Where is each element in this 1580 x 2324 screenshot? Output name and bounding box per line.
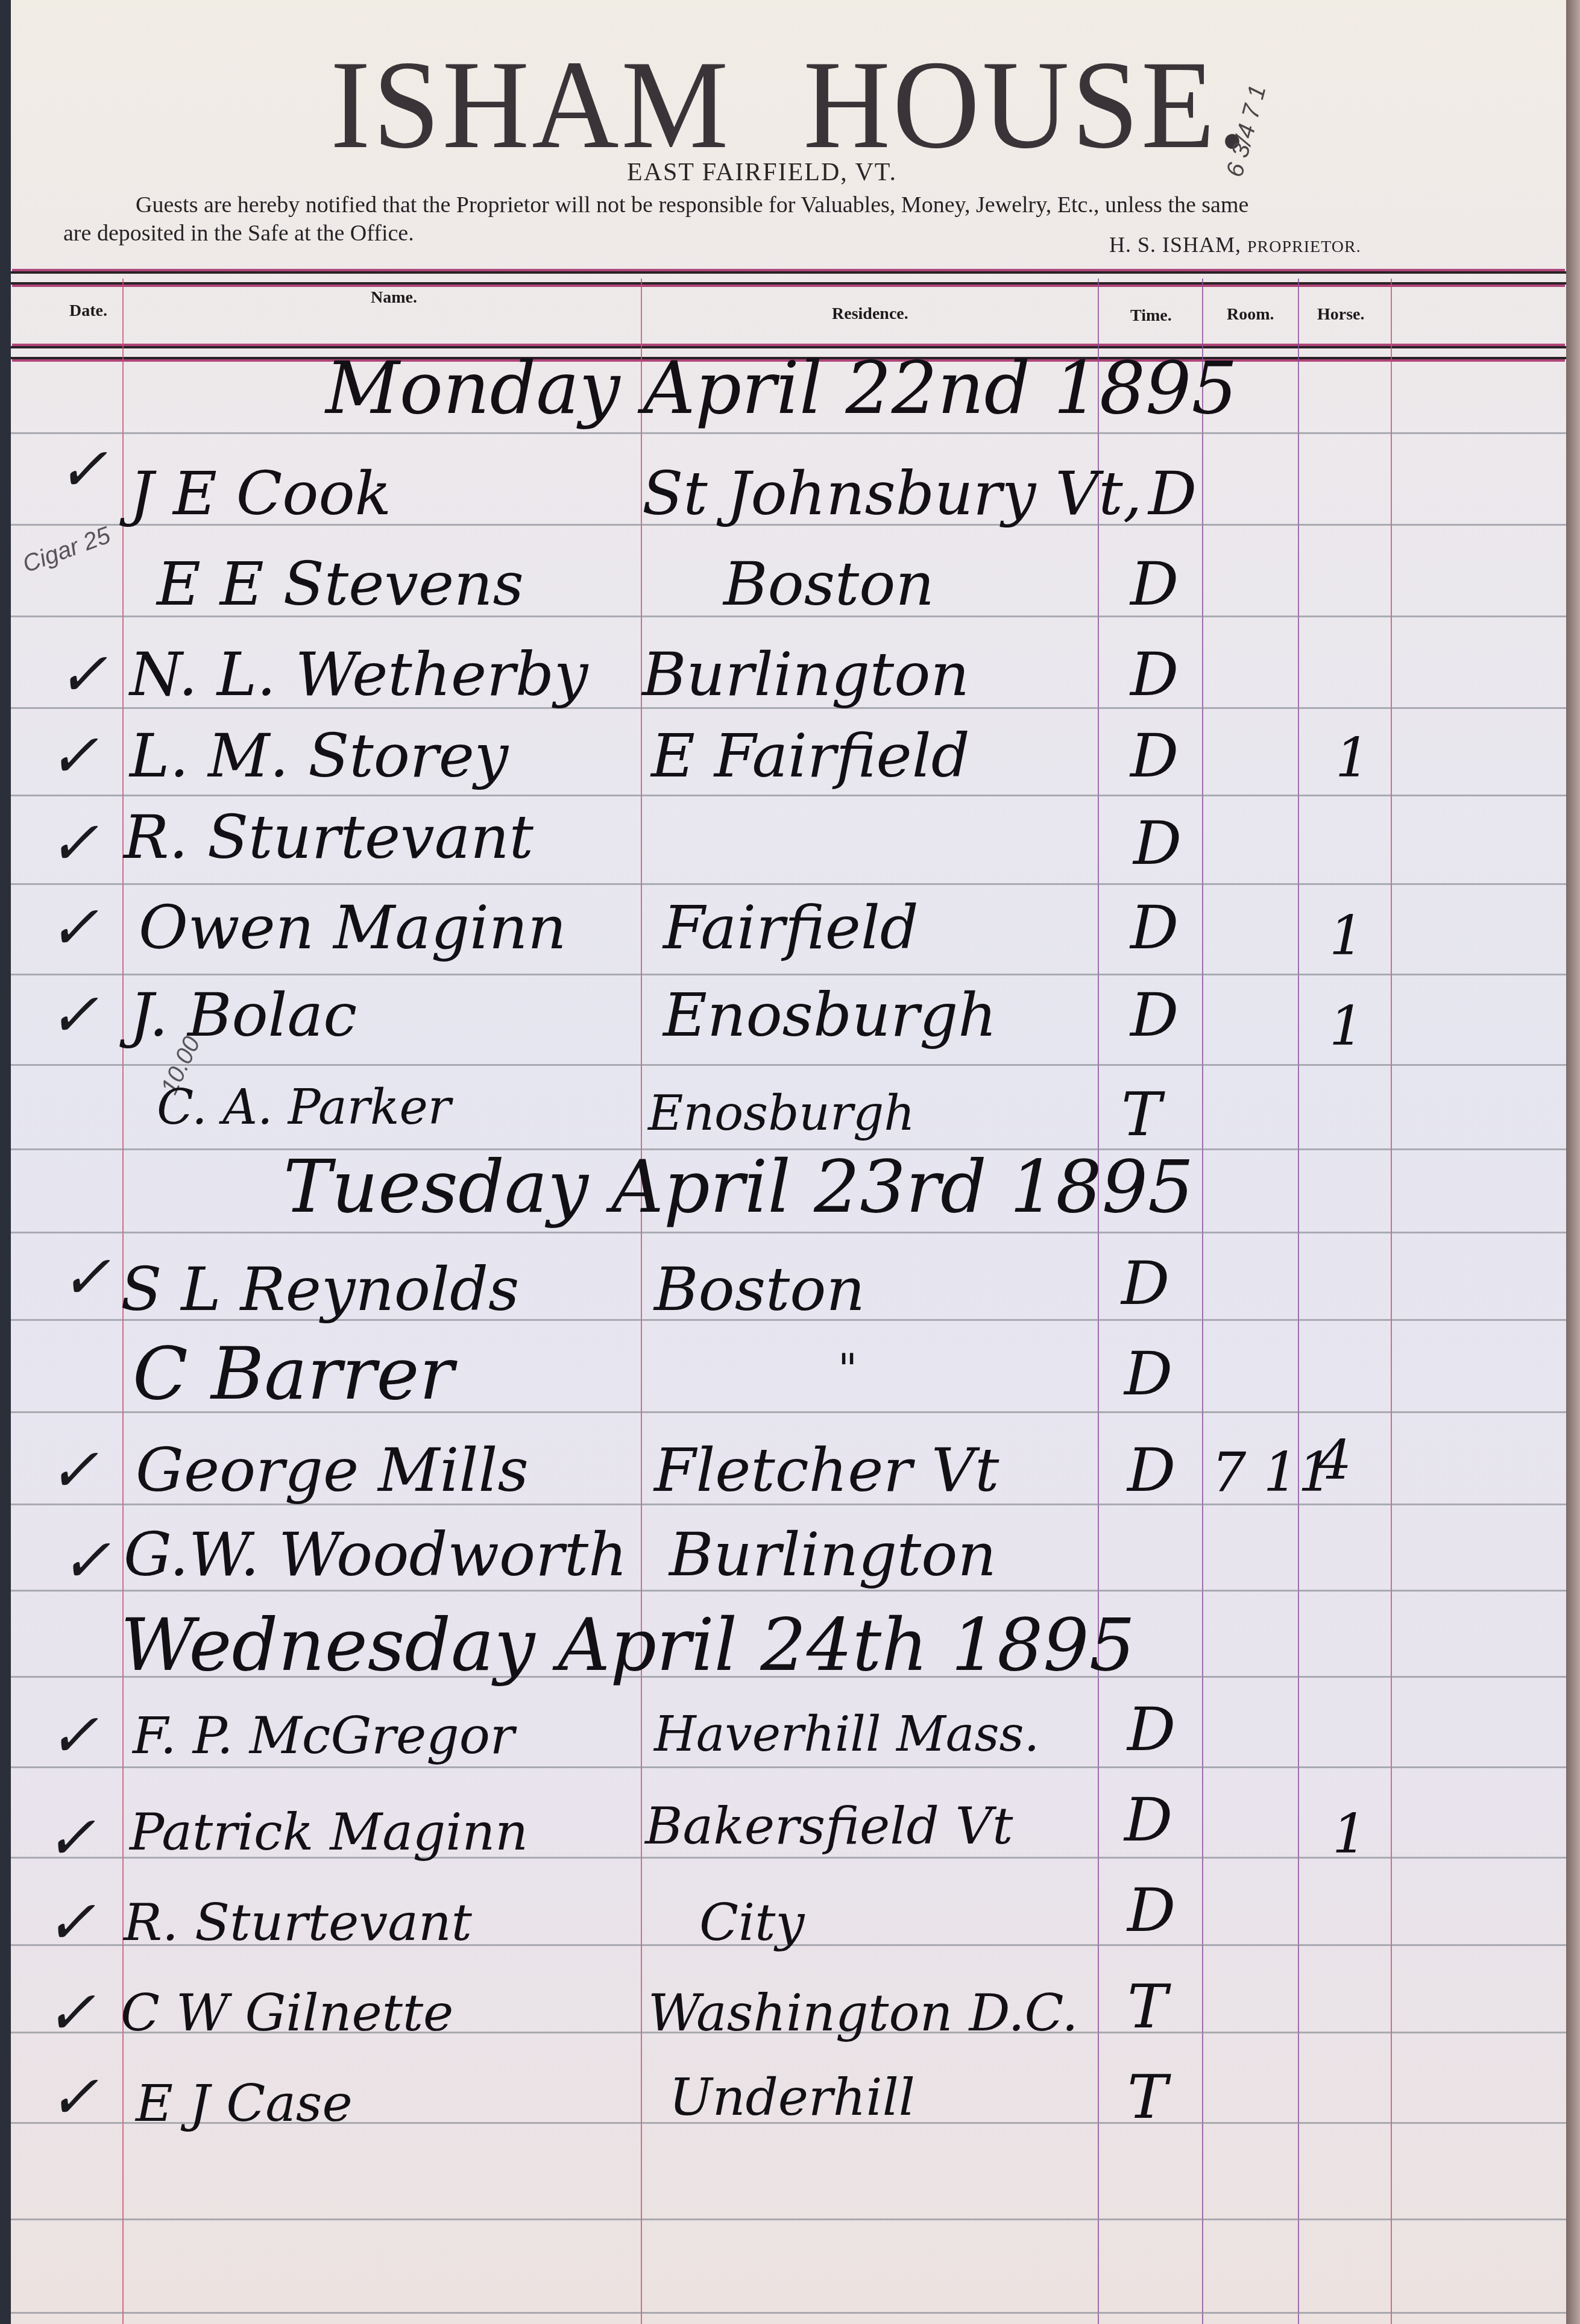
column-header-name: Name. xyxy=(371,288,417,307)
horse-count: 1 xyxy=(1332,1803,1367,1866)
guest-name: George Mills xyxy=(136,1435,529,1505)
arrival-time: D xyxy=(1130,549,1179,619)
checkmark: ✓ xyxy=(48,2062,99,2132)
arrival-time: D xyxy=(1130,980,1179,1050)
guest-name: G.W. Woodworth xyxy=(124,1519,628,1590)
guest-name: F. P. McGregor xyxy=(133,1706,514,1766)
guest-name: R. Sturtevant xyxy=(124,802,533,872)
horse-count: 4 xyxy=(1317,1429,1352,1492)
checkmark: ✓ xyxy=(48,808,99,878)
hotel-location: EAST FAIRFIELD, VT. xyxy=(627,158,897,187)
guest-residence: Fairfield xyxy=(663,892,919,963)
book-binding-left xyxy=(0,0,11,2324)
title-word-house: HOUSE. xyxy=(803,33,1250,177)
guest-name: C. A. Parker xyxy=(157,1079,451,1135)
book-binding-right xyxy=(1566,0,1580,2324)
column-header-room: Room. xyxy=(1227,305,1274,324)
arrival-time: D xyxy=(1148,458,1197,529)
guest-residence: Haverhill Mass. xyxy=(654,1706,1039,1762)
arrival-time: D xyxy=(1130,639,1179,710)
guest-residence: Boston xyxy=(723,549,934,619)
horse-count: 1 xyxy=(1329,904,1364,968)
checkmark: ✓ xyxy=(45,1887,96,1957)
arrival-time: D xyxy=(1133,808,1182,878)
column-header-time: Time. xyxy=(1130,306,1172,326)
guest-residence: Enosburgh xyxy=(663,980,997,1050)
guest-name: C W Gilnette xyxy=(121,1983,453,2043)
guest-residence: E Fairfield xyxy=(651,720,970,791)
day-heading-tuesday: Tuesday April 23rd 1895 xyxy=(283,1145,1194,1229)
guest-residence: Enosburgh xyxy=(648,1085,915,1141)
checkmark: ✓ xyxy=(45,1803,96,1873)
horse-count: 1 xyxy=(1335,726,1370,790)
row-rule xyxy=(11,432,1566,434)
arrival-time: D xyxy=(1127,1694,1176,1765)
guest-residence: Underhill xyxy=(669,2068,915,2127)
hotel-title: ISHAMHOUSE. xyxy=(0,33,1580,177)
checkmark: ✓ xyxy=(60,1525,111,1596)
checkmark: ✓ xyxy=(57,434,108,505)
guest-name: J. Bolac xyxy=(130,980,357,1050)
guest-name: S L Reynolds xyxy=(121,1254,519,1324)
arrival-time: T xyxy=(1121,1079,1162,1150)
row-rule xyxy=(11,1064,1566,1066)
residence-column-rule xyxy=(1098,279,1099,2324)
arrival-time: T xyxy=(1127,2062,1168,2132)
guest-residence: Burlington xyxy=(642,639,969,710)
guest-residence: St Johnsbury Vt, xyxy=(642,458,1142,529)
checkmark: ✓ xyxy=(45,1977,96,2048)
guest-residence: City xyxy=(699,1893,804,1953)
guest-residence: Burlington xyxy=(669,1519,996,1590)
time-column-rule xyxy=(1202,279,1203,2324)
checkmark: ✓ xyxy=(48,1435,99,1505)
checkmark: ✓ xyxy=(48,720,99,791)
room-column-rule xyxy=(1298,279,1299,2324)
checkmark: ✓ xyxy=(48,892,99,963)
row-rule xyxy=(11,2312,1566,2314)
room-number: 7 11 xyxy=(1212,1441,1332,1504)
checkmark: ✓ xyxy=(48,980,99,1050)
proprietor-signature: H. S. ISHAM, PROPRIETOR. xyxy=(1109,232,1361,257)
guest-name: E J Case xyxy=(136,2074,353,2133)
name-column-rule xyxy=(641,279,642,2324)
row-rule xyxy=(11,795,1566,796)
arrival-time: D xyxy=(1121,1248,1169,1318)
row-rule xyxy=(11,1766,1566,1768)
guest-residence: Bakersfield Vt xyxy=(645,1797,1013,1856)
horse-column-rule xyxy=(1391,279,1392,2324)
guest-name: L. M. Storey xyxy=(130,720,508,791)
column-header-horse: Horse. xyxy=(1317,305,1365,324)
guest-name: E E Stevens xyxy=(157,549,524,619)
row-rule xyxy=(11,2219,1566,2220)
guest-name: R. Sturtevant xyxy=(124,1893,472,1953)
guest-residence-ditto: " xyxy=(838,1344,857,1394)
header-top-rule xyxy=(11,271,1566,285)
guest-name: C Barrer xyxy=(133,1332,454,1416)
column-header-residence: Residence. xyxy=(832,304,908,324)
arrival-time: D xyxy=(1124,1784,1172,1855)
checkmark: ✓ xyxy=(57,639,108,710)
guest-name: N. L. Wetherby xyxy=(130,639,588,710)
arrival-time: D xyxy=(1124,1338,1172,1409)
liability-notice-line2: are deposited in the Safe at the Office. xyxy=(63,220,414,247)
arrival-time: D xyxy=(1127,1875,1176,1945)
checkmark: ✓ xyxy=(48,1700,99,1771)
checkmark: ✓ xyxy=(60,1242,111,1312)
proprietor-name: H. S. ISHAM, xyxy=(1109,233,1241,257)
title-word-isham: ISHAM xyxy=(330,33,731,177)
day-heading-monday: Monday April 22nd 1895 xyxy=(326,347,1238,430)
column-header-date: Date. xyxy=(69,301,107,321)
guest-name: Patrick Maginn xyxy=(130,1803,528,1862)
arrival-time: D xyxy=(1130,720,1179,791)
arrival-time: D xyxy=(1130,892,1179,963)
horse-count: 1 xyxy=(1329,995,1364,1058)
arrival-time: D xyxy=(1127,1435,1176,1505)
proprietor-title: PROPRIETOR. xyxy=(1247,238,1361,256)
guest-name: J E Cook xyxy=(130,458,391,529)
row-rule xyxy=(11,1232,1566,1233)
day-heading-wednesday: Wednesday April 24th 1895 xyxy=(121,1604,1135,1687)
guest-residence: Boston xyxy=(654,1254,865,1324)
liability-notice-line1: Guests are hereby notified that the Prop… xyxy=(136,192,1248,218)
guest-residence: Fletcher Vt xyxy=(654,1435,999,1505)
row-rule xyxy=(11,883,1566,885)
arrival-time: T xyxy=(1127,1971,1168,2042)
row-rule xyxy=(11,974,1566,975)
guest-residence: Washington D.C. xyxy=(648,1983,1078,2043)
row-rule xyxy=(11,1590,1566,1592)
guest-name: Owen Maginn xyxy=(139,892,567,963)
